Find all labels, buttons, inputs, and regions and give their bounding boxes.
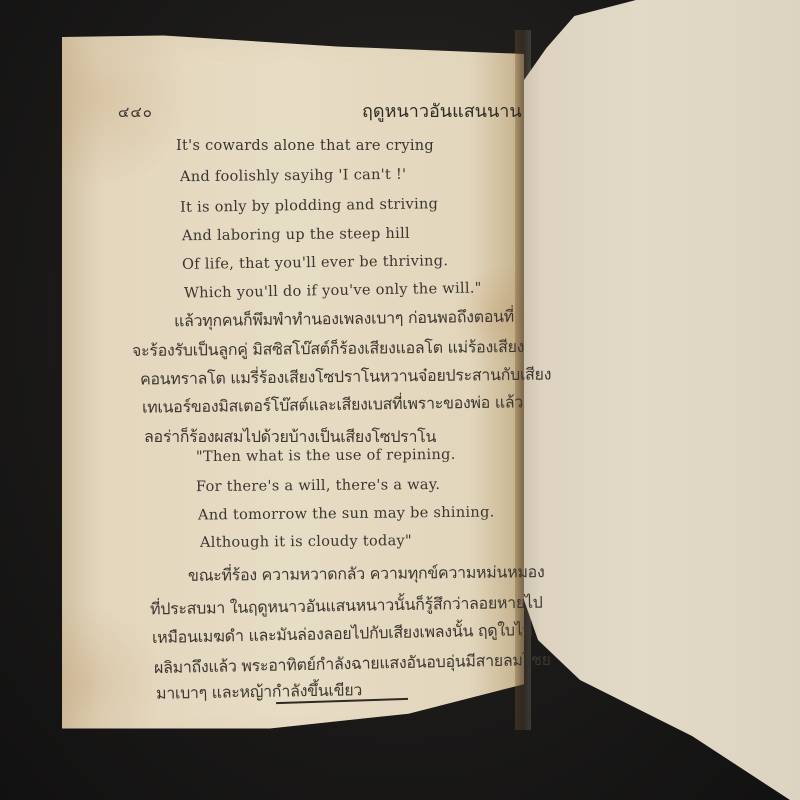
poem-line: It's cowards alone that are crying xyxy=(176,138,434,154)
paragraph-line: ผลิมาถึงแล้ว พระอาทิตย์กำลังฉายแสงอันอบอ… xyxy=(154,648,551,681)
poem-line: "Then what is the use of repining. xyxy=(196,447,456,465)
paragraph-line: ขณะที่ร้อง ความหวาดกลัว ความทุกข์ความหม่… xyxy=(188,560,545,589)
paragraph-line: จะร้องรับเป็นลูกคู่ มิสซิสโบ๊สต์ก็ร้องเส… xyxy=(132,335,524,364)
poem-line: Which you'll do if you've only the will.… xyxy=(184,280,482,301)
paragraph-line: เหมือนเมฆดำ และมันล่องลอยไปกับเสียงเพลงน… xyxy=(152,618,533,651)
paragraph-line: ที่ประสบมา ในฤดูหนาวอันแสนหนาวนั้นก็รู้ส… xyxy=(150,591,543,623)
page-number: ๔๔๐ xyxy=(118,100,153,124)
poem-line: Of life, that you'll ever be thriving. xyxy=(182,253,448,273)
paragraph-line: เทเนอร์ของมิสเตอร์โบ๊สต์และเสียงเบสที่เพ… xyxy=(142,390,523,420)
paragraph-line: แล้วทุกคนก็พึมพำทำนองเพลงเบาๆ ก่อนพอถึงต… xyxy=(174,305,514,335)
running-head-title: ฤดูหนาวอันแสนนาน xyxy=(362,96,522,125)
poem-line: Although it is cloudy today" xyxy=(200,533,412,551)
paragraph-line: ลอร่าก็ร้องผสมไปด้วยบ้างเป็นเสียงโซปราโน xyxy=(144,425,436,450)
paragraph-line: มาเบาๆ และหญ้ากำลังขึ้นเขียว xyxy=(156,678,362,707)
paragraph-line: คอนทราลโต แมรี่ร้องเสียงโซปราโนหวานจ๋อยป… xyxy=(140,362,551,392)
poem-line: And tomorrow the sun may be shining. xyxy=(198,504,495,523)
page-text: ๔๔๐ ฤดูหนาวอันแสนนาน It's cowards alone … xyxy=(0,0,800,800)
poem-line: For there's a will, there's a way. xyxy=(196,477,440,495)
poem-line: And laboring up the steep hill xyxy=(182,226,410,244)
poem-line: It is only by plodding and striving xyxy=(180,196,438,216)
poem-line: And foolishly sayihg 'I can't !' xyxy=(180,167,407,185)
